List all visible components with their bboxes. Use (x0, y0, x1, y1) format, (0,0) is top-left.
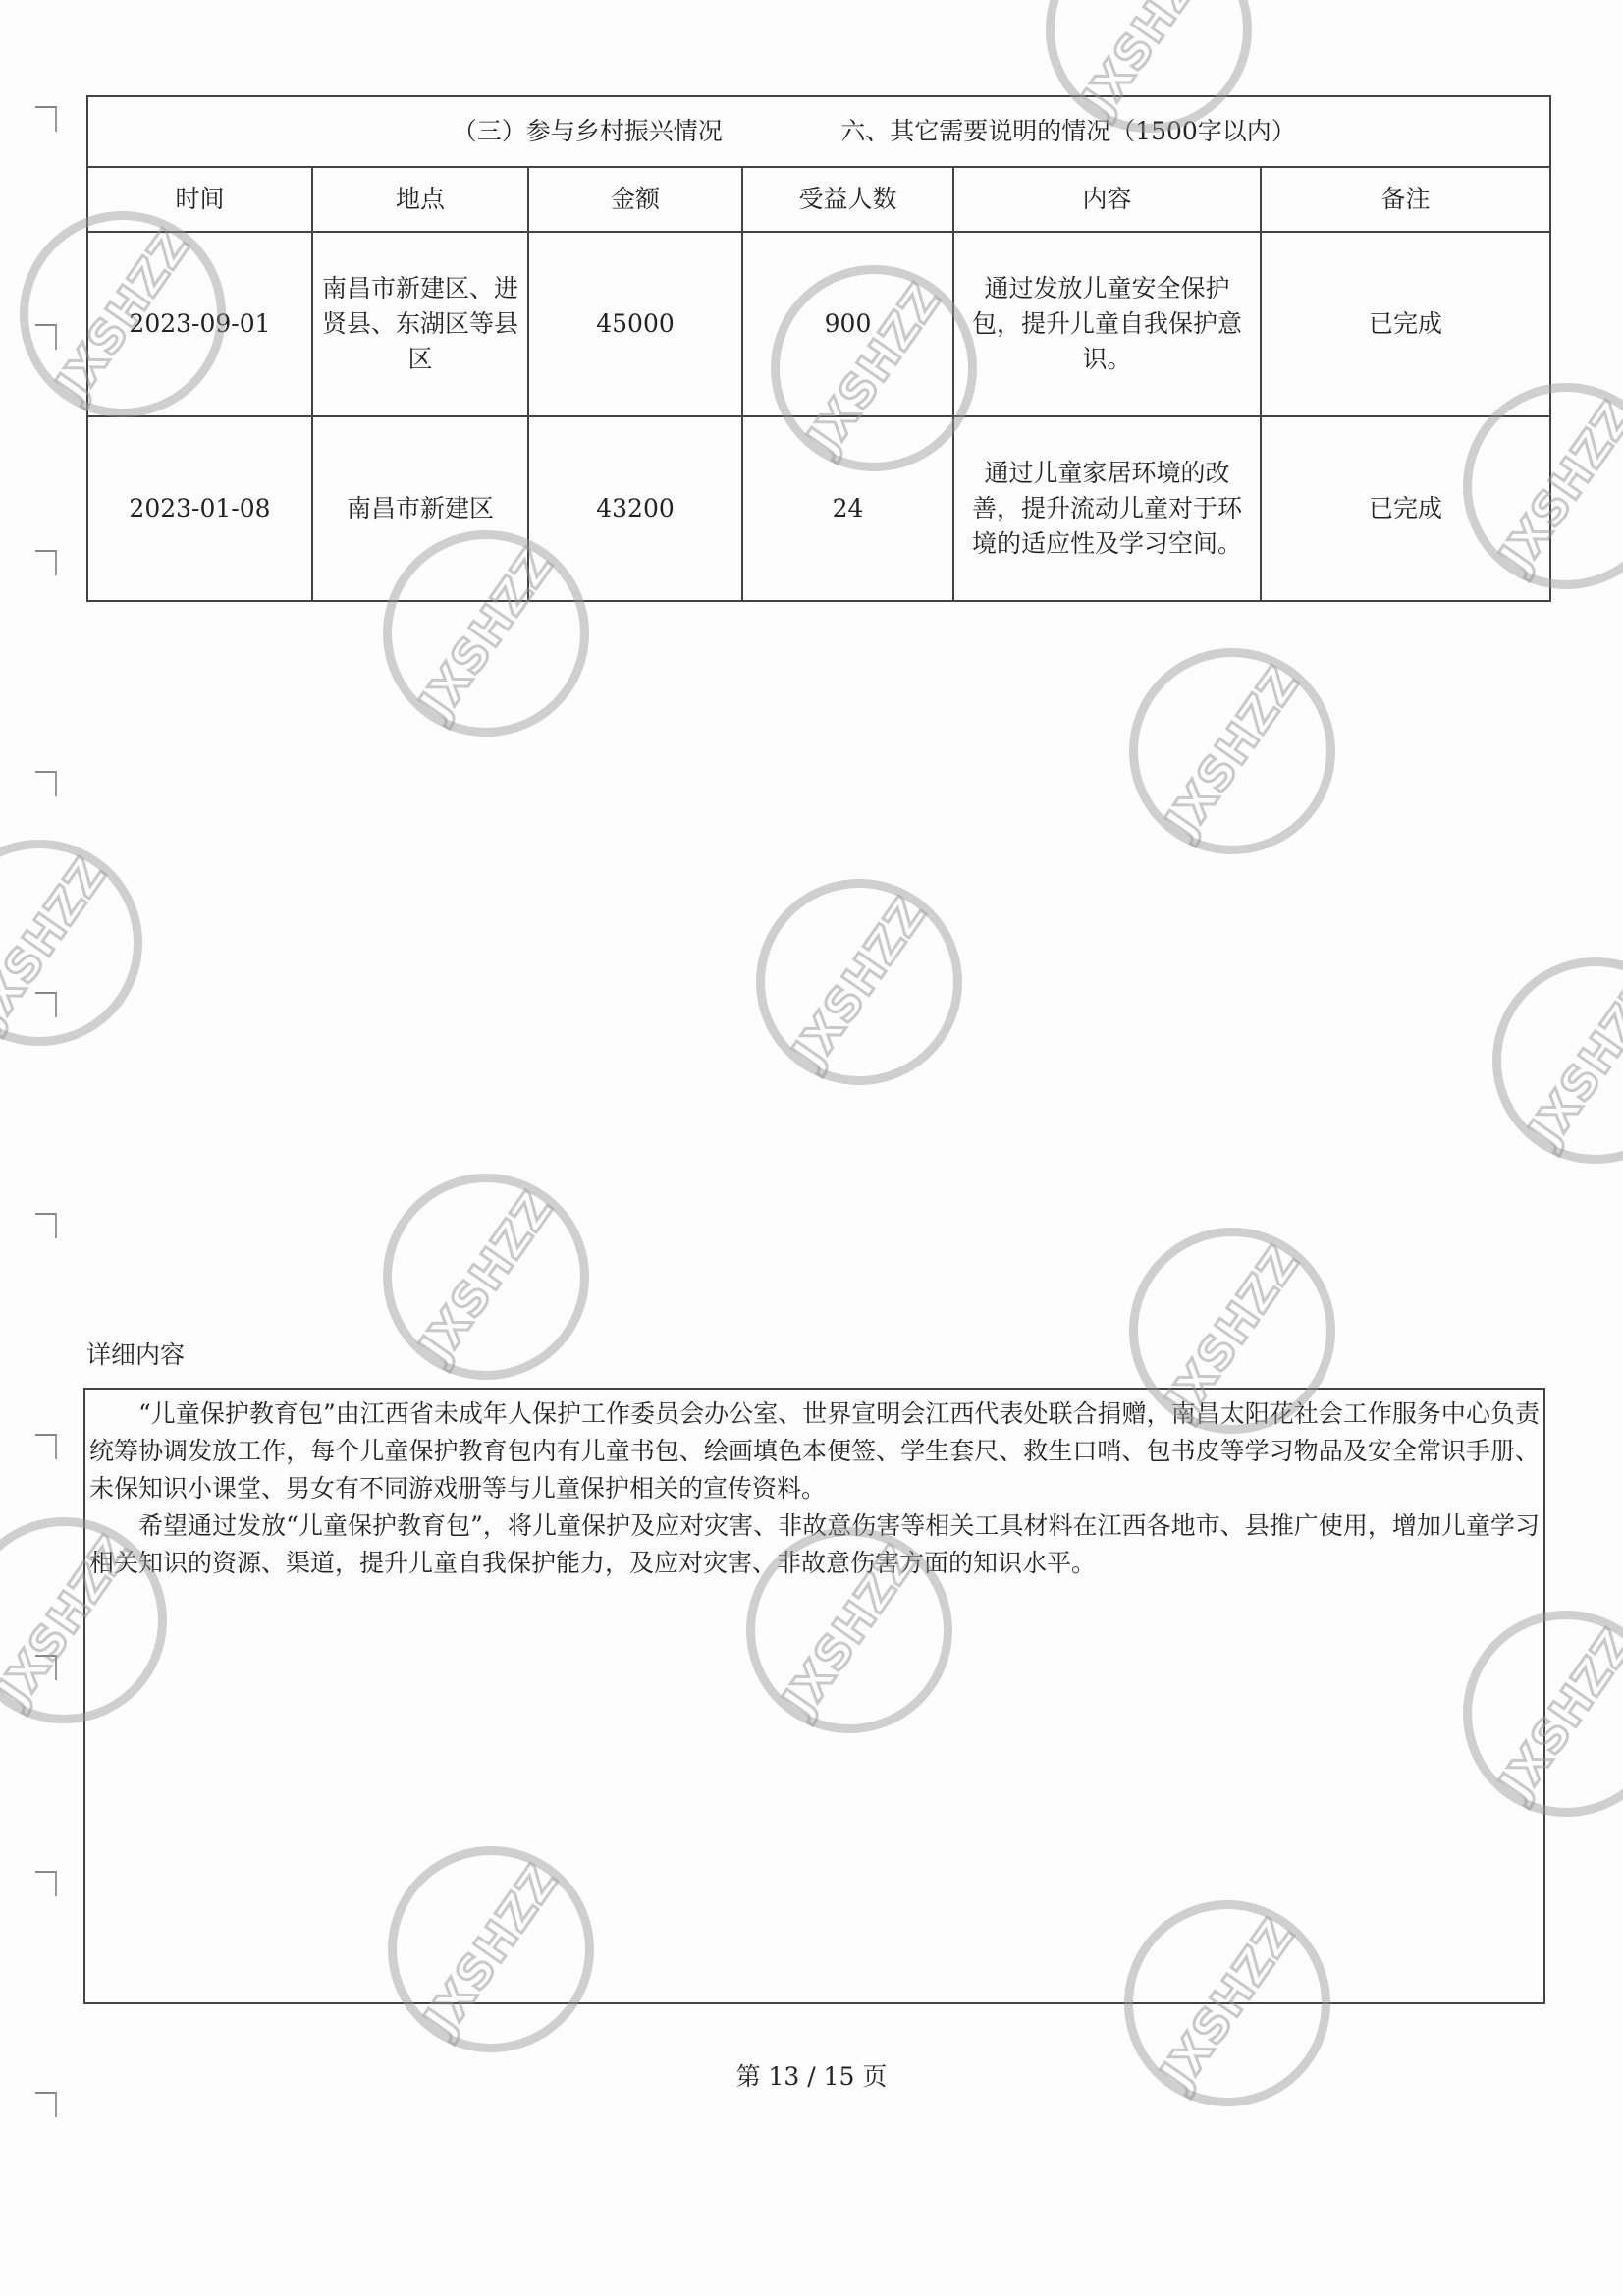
cell-amount: 45000 (528, 232, 742, 416)
table-row: 2023-01-08 南昌市新建区 43200 24 通过儿童家居环境的改善，提… (87, 416, 1550, 601)
column-header-date: 时间 (87, 167, 312, 232)
cell-remark: 已完成 (1261, 416, 1550, 601)
watermark-stamp-icon: JXSHZZ (1492, 957, 1623, 1164)
cell-date: 2023-01-08 (87, 416, 312, 601)
cell-date: 2023-09-01 (87, 232, 312, 416)
column-header-beneficiaries: 受益人数 (742, 167, 953, 232)
column-header-location: 地点 (312, 167, 528, 232)
detail-content-box: “儿童保护教育包”由江西省未成年人保护工作委员会办公室、世界宣明会江西代表处联合… (83, 1388, 1545, 2004)
binding-mark (35, 771, 57, 796)
binding-mark (35, 1213, 57, 1238)
page-number: 第 13 / 15 页 (0, 2057, 1623, 2093)
detail-paragraph: 希望通过发放“儿童保护教育包”，将儿童保护及应对灾害、非故意伤害等相关工具材料在… (89, 1507, 1540, 1582)
section-title-other: 六、其它需要说明的情况（1500字以内） (840, 114, 1296, 149)
binding-mark (35, 1871, 57, 1896)
section-title-rural: （三）参与乡村振兴情况 (342, 114, 833, 149)
document-page: （三）参与乡村振兴情况 六、其它需要说明的情况（1500字以内） 时间 地点 金… (0, 0, 1623, 2296)
cell-content: 通过发放儿童安全保护包，提升儿童自我保护意识。 (953, 232, 1261, 416)
binding-mark (35, 1434, 57, 1459)
binding-mark (35, 106, 57, 132)
table-row: 2023-09-01 南昌市新建区、进贤县、东湖区等县区 45000 900 通… (87, 232, 1550, 416)
cell-amount: 43200 (528, 416, 742, 601)
watermark-stamp-icon: JXSHZZ (0, 840, 142, 1046)
watermark-stamp-icon: JXSHZZ (756, 879, 962, 1085)
cell-content: 通过儿童家居环境的改善，提升流动儿童对于环境的适应性及学习空间。 (953, 416, 1261, 601)
cell-location: 南昌市新建区、进贤县、东湖区等县区 (312, 232, 528, 416)
section-title-row: （三）参与乡村振兴情况 六、其它需要说明的情况（1500字以内） (87, 96, 1550, 167)
detail-paragraph: “儿童保护教育包”由江西省未成年人保护工作委员会办公室、世界宣明会江西代表处联合… (89, 1395, 1540, 1507)
binding-mark (35, 992, 57, 1017)
rural-revitalization-table: （三）参与乡村振兴情况 六、其它需要说明的情况（1500字以内） 时间 地点 金… (86, 95, 1551, 602)
column-header-content: 内容 (953, 167, 1261, 232)
table-header-row: 时间 地点 金额 受益人数 内容 备注 (87, 167, 1550, 232)
cell-location: 南昌市新建区 (312, 416, 528, 601)
cell-beneficiaries: 900 (742, 232, 953, 416)
cell-remark: 已完成 (1261, 232, 1550, 416)
detail-label: 详细内容 (86, 1336, 185, 1371)
column-header-remark: 备注 (1261, 167, 1550, 232)
binding-mark (35, 550, 57, 575)
binding-mark (35, 2092, 57, 2117)
watermark-stamp-icon: JXSHZZ (1129, 648, 1335, 854)
binding-mark (35, 1655, 57, 1680)
watermark-stamp-icon: JXSHZZ (383, 1174, 589, 1380)
column-header-amount: 金额 (528, 167, 742, 232)
cell-beneficiaries: 24 (742, 416, 953, 601)
binding-mark (35, 324, 57, 350)
